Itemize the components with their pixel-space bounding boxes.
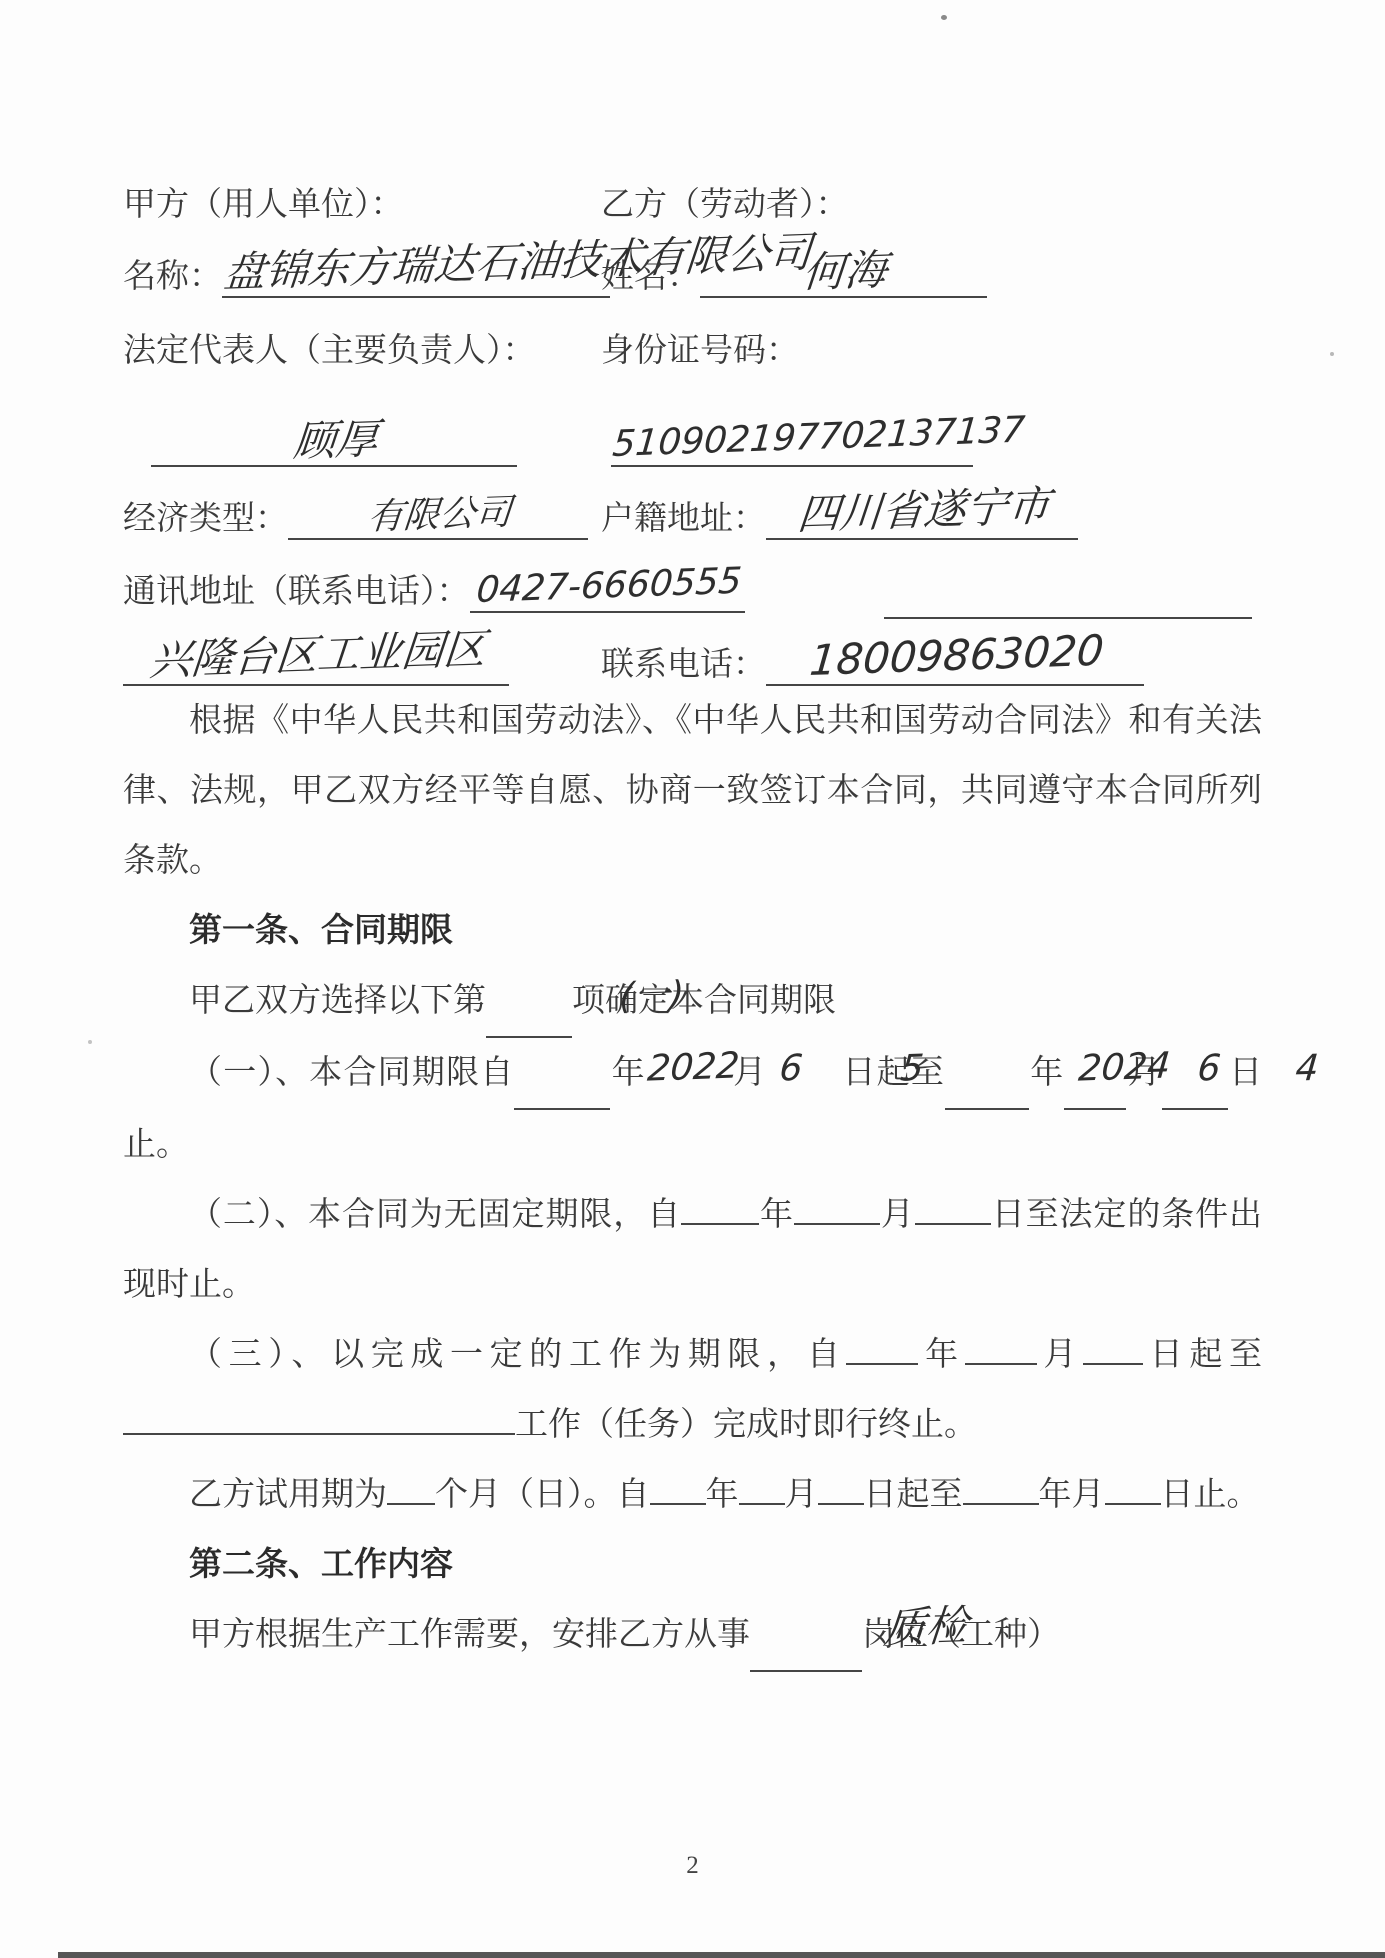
clause2-year-blank — [681, 1223, 759, 1225]
party-titles-row: 甲方（用人单位）： 乙方（劳动者）： — [123, 152, 1262, 225]
probation-start-day-blank — [818, 1503, 864, 1505]
end-month-value: 6 — [1130, 1051, 1222, 1090]
household-address-label: 户籍地址： — [601, 501, 766, 537]
party-a-title: 甲方（用人单位）： — [123, 187, 404, 223]
company-name-label: 名称： — [123, 259, 222, 295]
clause3-month-blank — [965, 1363, 1037, 1365]
comm-address-value: 兴隆台区工业园区 — [148, 628, 487, 682]
clause-select-prefix: 甲乙双方选择以下第 — [189, 983, 486, 1019]
probation-text-5: 日起至 — [864, 1477, 963, 1513]
clause1-text-1: （一）、本合同期限自 — [189, 1055, 514, 1091]
probation-text-3: 年 — [706, 1477, 739, 1513]
comm-phone-value: 0427-6660555 — [475, 564, 743, 609]
probation-end-year-blank — [963, 1503, 1039, 1505]
contract-body: 根据《中华人民共和国劳动法》、《中华人民共和国劳动合同法》和有关法律、法规，甲乙… — [123, 686, 1262, 1672]
job-line: 甲方根据生产工作需要，安排乙方从事质检岗位（工种） — [123, 1600, 1262, 1672]
probation-length-blank — [387, 1503, 435, 1505]
end-day-value: 4 — [1228, 1051, 1320, 1090]
section1-heading: 第一条、合同期限 — [123, 896, 1262, 966]
probation-text-1: 乙方试用期为 — [189, 1477, 387, 1513]
clause3-day-blank — [1083, 1363, 1143, 1365]
employee-name-value: 何海 — [801, 249, 889, 294]
probation-end-day-blank — [1105, 1503, 1161, 1505]
scan-speck-3 — [88, 1040, 92, 1044]
id-number-label: 身份证号码： — [601, 333, 799, 369]
probation-text-8: 日止。 — [1161, 1477, 1260, 1513]
household-address-continuation-blank — [884, 617, 1252, 619]
contact-phone-value: 18009863020 — [808, 630, 1105, 682]
job-position-blank: 质检 — [750, 1600, 862, 1672]
comm-phone-blank: 0427-6660555 — [470, 573, 745, 613]
econ-household-row: 经济类型：有限公司 户籍地址：四川省遂宁市 — [123, 467, 1262, 540]
section2-heading: 第二条、工作内容 — [123, 1530, 1262, 1600]
clause2-text-4: 日至 — [991, 1197, 1060, 1233]
economic-type-blank: 有限公司 — [288, 500, 588, 540]
comm-address-row: 通讯地址（联系电话）：0427-6660555 — [123, 540, 1262, 613]
name-row: 名称：盘锦东方瑞达石油技术有限公司 姓名：何海 — [123, 225, 1262, 298]
legal-rep-blank: 顾厚 — [151, 421, 517, 467]
id-number-blank: 510902197702137137 — [611, 427, 973, 467]
clause2-text-1: （二）、本合同为无固定期限，自 — [189, 1197, 681, 1233]
start-day-value: 5 — [833, 1051, 925, 1090]
clause3-text-2: 年 — [918, 1337, 964, 1373]
comm-address-blank: 兴隆台区工业园区 — [123, 640, 509, 686]
scan-speck-1 — [941, 15, 947, 20]
clause3-text-1: （三）、以完成一定的工作为期限，自 — [189, 1337, 846, 1373]
id-number-value: 510902197702137137 — [611, 412, 1026, 463]
clause-select-value: (一) — [552, 977, 685, 1018]
rep-id-labels-row: 法定代表人（主要负责人）： 身份证号码： — [123, 298, 1262, 371]
scan-edge-bottom — [58, 1952, 1385, 1958]
job-text-1: 甲方根据生产工作需要，安排乙方从事 — [189, 1617, 750, 1653]
clause3-task-blank — [123, 1433, 515, 1435]
clause-select-blank: (一) — [486, 966, 572, 1038]
employee-name-blank: 何海 — [700, 252, 987, 298]
probation-start-month-blank — [739, 1503, 785, 1505]
probation-start-year-blank — [650, 1503, 706, 1505]
clause3-year-blank — [846, 1363, 918, 1365]
clause2-text-2: 年 — [759, 1197, 794, 1233]
clause3-line: （三）、以完成一定的工作为期限，自年月日起至工作（任务）完成时即行终止。 — [123, 1320, 1262, 1460]
legal-rep-value: 顾厚 — [292, 418, 380, 463]
clause-select-line: 甲乙双方选择以下第(一)项确定本合同期限 — [123, 966, 1262, 1038]
preamble-paragraph: 根据《中华人民共和国劳动法》、《中华人民共和国劳动合同法》和有关法律、法规，甲乙… — [123, 686, 1262, 896]
contact-phone-label: 联系电话： — [601, 647, 766, 683]
clause1-line: （一）、本合同期限自2022年6月5日起至2024年6月4日止。 — [123, 1038, 1262, 1180]
probation-text-4: 月 — [785, 1477, 818, 1513]
contract-page: 甲方（用人单位）： 乙方（劳动者）： 名称：盘锦东方瑞达石油技术有限公司 姓名：… — [0, 0, 1385, 1958]
probation-text-7: 月 — [1072, 1477, 1105, 1513]
company-name-blank: 盘锦东方瑞达石油技术有限公司 — [222, 252, 610, 298]
employee-name-label: 姓名： — [601, 259, 700, 295]
economic-type-value: 有限公司 — [366, 495, 513, 536]
page-number: 2 — [0, 1852, 1385, 1880]
start-month-value: 6 — [712, 1051, 804, 1090]
probation-text-2: 个月（日）。自 — [435, 1477, 650, 1513]
rep-id-values-row: 顾厚 510902197702137137 — [123, 371, 1262, 467]
household-address-value: 四川省遂宁市 — [796, 485, 1052, 536]
start-year-blank: 2022 — [514, 1038, 610, 1110]
clause2-text-3: 月 — [880, 1197, 915, 1233]
clause3-text-5: 起至 — [1189, 1337, 1262, 1373]
end-year-blank: 2024 — [945, 1038, 1029, 1110]
probation-text-6: 年 — [1039, 1477, 1072, 1513]
party-b-title: 乙方（劳动者）： — [601, 187, 849, 223]
job-position-value: 质检 — [816, 1605, 970, 1652]
clause3-text-4: 日 — [1143, 1337, 1189, 1373]
comm-value-phone-row: 兴隆台区工业园区 联系电话：18009863020 — [123, 613, 1262, 686]
legal-rep-label: 法定代表人（主要负责人）： — [123, 333, 536, 369]
clause2-line: （二）、本合同为无固定期限，自年月日至法定的条件出现时止。 — [123, 1180, 1262, 1320]
probation-line: 乙方试用期为个月（日）。自年月日起至年月日止。 — [123, 1460, 1262, 1530]
household-address-blank: 四川省遂宁市 — [766, 494, 1078, 540]
scan-speck-2 — [1330, 352, 1334, 356]
clause2-month-blank — [794, 1223, 880, 1225]
contact-phone-blank: 18009863020 — [766, 640, 1144, 686]
clause2-day-blank — [915, 1223, 991, 1225]
economic-type-label: 经济类型： — [123, 501, 288, 537]
comm-address-label: 通讯地址（联系电话）： — [123, 574, 470, 610]
clause3-text-6: 工作（任务）完成时即行终止。 — [515, 1407, 977, 1443]
clause3-text-3: 月 — [1037, 1337, 1083, 1373]
